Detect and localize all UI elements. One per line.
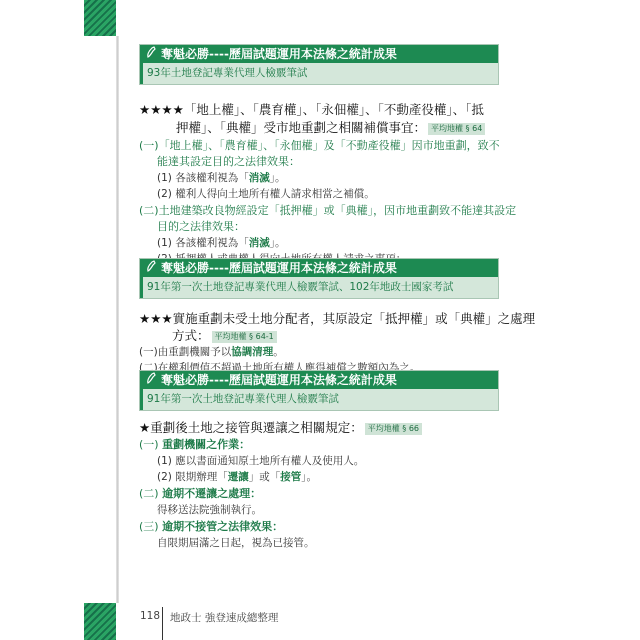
page-number: 118 <box>140 610 160 622</box>
subitem: (1) 各該權利視為「消滅」。 <box>157 170 285 186</box>
footer-divider <box>162 607 163 640</box>
book-page: 奪魁必勝----歷屆試題運用本法條之統計成果 93年土地登記專業代理人檢覈筆試 … <box>0 0 640 640</box>
section-heading: ★重劃後土地之接管與遷讓之相關規定：平均地權 § 66 <box>139 420 422 436</box>
item: (二) 逾期不遷讓之處理： <box>139 486 261 502</box>
law-ref-tag: 平均地權 § 64-1 <box>212 331 277 343</box>
item: (一)由重劃機關予以協調清理。 <box>139 344 284 360</box>
item-2-cont: 目的之法律效果： <box>157 219 245 235</box>
item: (三) 逾期不接管之法律效果： <box>139 519 283 535</box>
importance-stars: ★★★★ <box>139 102 184 117</box>
stat-box-title: 奪魁必勝----歷屆試題運用本法條之統計成果 <box>140 371 498 389</box>
item-body: 自限期屆滿之日起，視為已接管。 <box>157 535 315 551</box>
section-heading-cont: 方式：平均地權 § 64-1 <box>172 328 277 344</box>
page-gutter-edge <box>116 36 119 603</box>
section-heading: ★★★★「地上權」、「農育權」、「永佃權」、「不動產役權」、「抵 <box>139 102 484 118</box>
importance-stars: ★★★ <box>139 311 173 326</box>
stat-box-subtitle: 91年第一次土地登記專業代理人檢覈筆試、102年地政士國家考試 <box>140 277 498 298</box>
stat-box-subtitle: 93年土地登記專業代理人檢覈筆試 <box>140 63 498 84</box>
stat-box-title: 奪魁必勝----歷屆試題運用本法條之統計成果 <box>140 45 498 63</box>
subitem: (1) 各該權利視為「消滅」。 <box>157 235 285 251</box>
item-1: (一)「地上權」、「農育權」、「永佃權」及「不動產役權」因市地重劃，致不 <box>139 138 500 154</box>
pen-icon <box>146 45 158 63</box>
page-footer: 118 地政士 強登速成總整理 <box>0 604 640 640</box>
stat-box-3: 奪魁必勝----歷屆試題運用本法條之統計成果 91年第一次土地登記專業代理人檢覈… <box>139 370 499 411</box>
stat-box-subtitle: 91年第一次土地登記專業代理人檢覈筆試 <box>140 389 498 410</box>
running-title: 地政士 強登速成總整理 <box>170 610 278 625</box>
subitem: (1) 應以書面通知原土地所有權人及使用人。 <box>157 453 364 469</box>
item-1-cont: 能達其設定目的之法律效果： <box>157 154 300 170</box>
subitem: (2) 限期辦理「遷讓」或「接管」。 <box>157 469 317 485</box>
stat-box-title: 奪魁必勝----歷屆試題運用本法條之統計成果 <box>140 259 498 277</box>
stat-box-1: 奪魁必勝----歷屆試題運用本法條之統計成果 93年土地登記專業代理人檢覈筆試 <box>139 44 499 85</box>
subitem: (2) 權利人得向土地所有權人請求相當之補償。 <box>157 186 375 202</box>
section-heading: ★★★實施重劃未受土地分配者，其原設定「抵押權」或「典權」之處理 <box>139 311 535 327</box>
item-2: (二)土地建築改良物經設定「抵押權」或「典權」，因市地重劃致不能達其設定 <box>139 203 516 219</box>
law-ref-tag: 平均地權 § 64 <box>428 123 485 135</box>
pen-icon <box>146 371 158 389</box>
item: (一) 重劃機關之作業： <box>139 437 250 453</box>
pen-icon <box>146 259 158 277</box>
section-heading-cont: 押權」、「典權」受市地重劃之相關補償事宜：平均地權 § 64 <box>176 120 485 136</box>
stat-box-2: 奪魁必勝----歷屆試題運用本法條之統計成果 91年第一次土地登記專業代理人檢覈… <box>139 258 499 299</box>
item-body: 得移送法院強制執行。 <box>157 502 262 518</box>
law-ref-tag: 平均地權 § 66 <box>365 423 422 435</box>
chapter-tab-top <box>84 0 116 36</box>
importance-stars: ★ <box>139 420 150 435</box>
